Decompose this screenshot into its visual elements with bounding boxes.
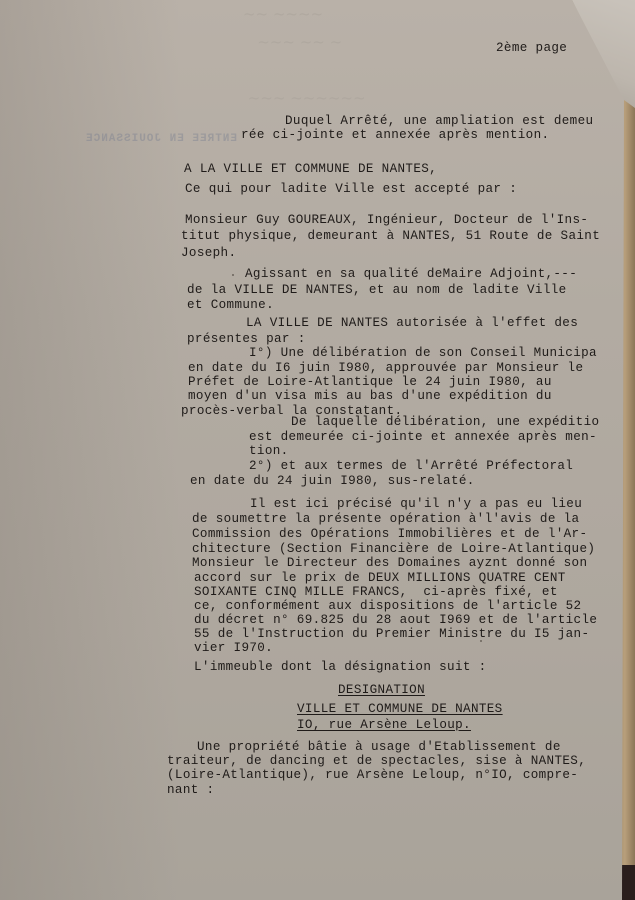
paper-speck: [232, 274, 234, 276]
text-line: Duquel Arrêté, une ampliation est demeu: [285, 114, 593, 128]
desk-shadow: [620, 865, 635, 900]
text-line: Agissant en sa qualité deMaire Adjoint,-…: [245, 267, 577, 281]
text-line: Il est ici précisé qu'il n'y a pas eu li…: [250, 497, 582, 511]
designation-city: VILLE ET COMMUNE DE NANTES: [297, 702, 503, 716]
designation-address: IO, rue Arsène Leloup.: [297, 718, 471, 732]
text-line: L'immeuble dont la désignation suit :: [194, 660, 487, 674]
text-line: Monsieur Guy GOUREAUX, Ingénieur, Docteu…: [185, 213, 588, 227]
text-line: Ce qui pour ladite Ville est accepté par…: [185, 182, 517, 196]
text-line: De laquelle délibération, une expéditio: [291, 415, 599, 429]
text-line: rée ci-jointe et annexée après mention.: [241, 128, 549, 142]
text-line: est demeurée ci-jointe et annexée après …: [249, 430, 597, 444]
text-line: Monsieur le Directeur des Domaines ayznt…: [192, 556, 587, 570]
text-line: LA VILLE DE NANTES autorisée à l'effet d…: [246, 316, 578, 330]
text-line: accord sur le prix de DEUX MILLIONS QUAT…: [194, 571, 566, 585]
text-line: chitecture (Section Financière de Loire-…: [192, 542, 595, 556]
text-line: Joseph.: [181, 246, 236, 260]
designation-heading: DESIGNATION: [338, 683, 425, 697]
paper-speck: [480, 640, 482, 642]
text-line: nant :: [167, 783, 214, 797]
text-line: (Loire-Atlantique), rue Arsène Leloup, n…: [167, 768, 578, 782]
text-line: et Commune.: [187, 298, 274, 312]
text-line: vier I970.: [194, 641, 273, 655]
reverse-side-bleed-text: ENTREE EN JOUISSANCE: [85, 133, 237, 145]
text-line: du décret n° 69.825 du 28 aout I969 et d…: [194, 613, 597, 627]
section-heading: A LA VILLE ET COMMUNE DE NANTES,: [184, 162, 437, 176]
text-line: I°) Une délibération de son Conseil Muni…: [249, 346, 597, 360]
page-number-label: 2ème page: [496, 41, 567, 55]
text-line: Préfet de Loire-Atlantique le 24 juin I9…: [188, 375, 552, 389]
handwriting-bleed-through: ~~ ~~~~ ~~~ ~~ ~ ~~~ ~~~~~~: [200, 0, 420, 90]
text-line: 55 de l'Instruction du Premier Ministre …: [194, 627, 589, 641]
text-line: Une propriété bâtie à usage d'Etablissem…: [197, 740, 561, 754]
document-page: ~~ ~~~~ ~~~ ~~ ~ ~~~ ~~~~~~ ENTREE EN JO…: [0, 0, 624, 900]
text-line: titut physique, demeurant à NANTES, 51 R…: [181, 229, 600, 243]
text-line: tion.: [249, 444, 289, 458]
text-line: Commission des Opérations Immobilières e…: [192, 527, 587, 541]
text-line: en date du I6 juin I980, approuvée par M…: [188, 361, 583, 375]
text-line: présentes par :: [187, 332, 306, 346]
text-line: 2°) et aux termes de l'Arrêté Préfectora…: [249, 459, 573, 473]
text-line: traiteur, de dancing et de spectacles, s…: [167, 754, 586, 768]
text-line: SOIXANTE CINQ MILLE FRANCS, ci-après fix…: [194, 585, 558, 599]
text-line: de soumettre la présente opération à'l'a…: [192, 512, 579, 526]
text-line: moyen d'un visa mis au bas d'une expédit…: [188, 389, 552, 403]
text-line: en date du 24 juin I980, sus-relaté.: [190, 474, 475, 488]
text-line: de la VILLE DE NANTES, et au nom de ladi…: [187, 283, 567, 297]
text-line: ce, conformément aux dispositions de l'a…: [194, 599, 581, 613]
